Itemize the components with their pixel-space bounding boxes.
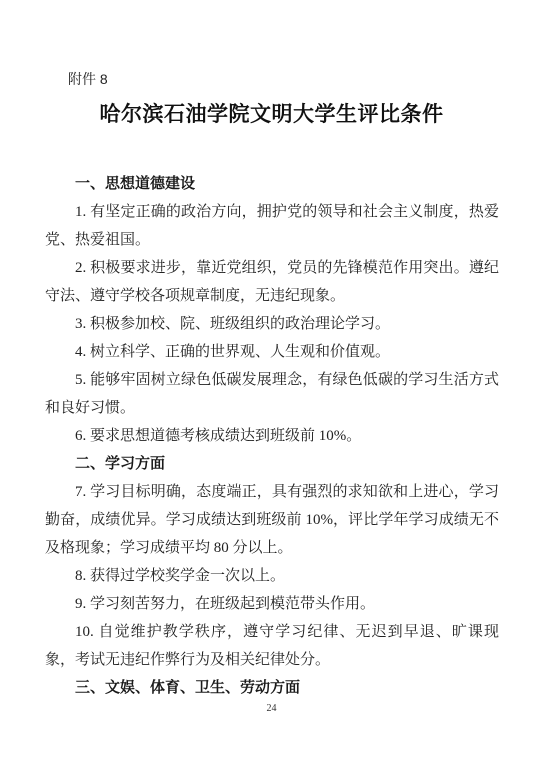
section-heading-ideology: 一、思想道德建设 [45, 170, 499, 198]
document-title: 哈尔滨石油学院文明大学生评比条件 [0, 101, 543, 128]
paragraph-item-10: 10. 自觉维护教学秩序，遵守学习纪律、无迟到早退、旷课现象，考试无违纪作弊行为… [45, 618, 499, 674]
paragraph-item-3: 3. 积极参加校、院、班级组织的政治理论学习。 [45, 310, 499, 338]
paragraph-item-2: 2. 积极要求进步，靠近党组织，党员的先锋模范作用突出。遵纪守法、遵守学校各项规… [45, 254, 499, 310]
section-heading-study: 二、学习方面 [45, 450, 499, 478]
section-heading-culture-sports: 三、文娱、体育、卫生、劳动方面 [45, 674, 499, 702]
document-page: 附件 8 哈尔滨石油学院文明大学生评比条件 一、思想道德建设 1. 有坚定正确的… [0, 0, 543, 768]
paragraph-item-5: 5. 能够牢固树立绿色低碳发展理念，有绿色低碳的学习生活方式和良好习惯。 [45, 366, 499, 422]
paragraph-item-4: 4. 树立科学、正确的世界观、人生观和价值观。 [45, 338, 499, 366]
page-number: 24 [0, 703, 543, 715]
paragraph-item-6: 6. 要求思想道德考核成绩达到班级前 10%。 [45, 422, 499, 450]
document-body: 一、思想道德建设 1. 有坚定正确的政治方向，拥护党的领导和社会主义制度，热爱党… [45, 170, 499, 702]
paragraph-item-8: 8. 获得过学校奖学金一次以上。 [45, 562, 499, 590]
paragraph-item-9: 9. 学习刻苦努力，在班级起到模范带头作用。 [45, 590, 499, 618]
attachment-label: 附件 8 [68, 0, 543, 88]
paragraph-item-1: 1. 有坚定正确的政治方向，拥护党的领导和社会主义制度，热爱党、热爱祖国。 [45, 198, 499, 254]
paragraph-item-7: 7. 学习目标明确，态度端正，具有强烈的求知欲和上进心，学习勤奋，成绩优异。学习… [45, 478, 499, 562]
